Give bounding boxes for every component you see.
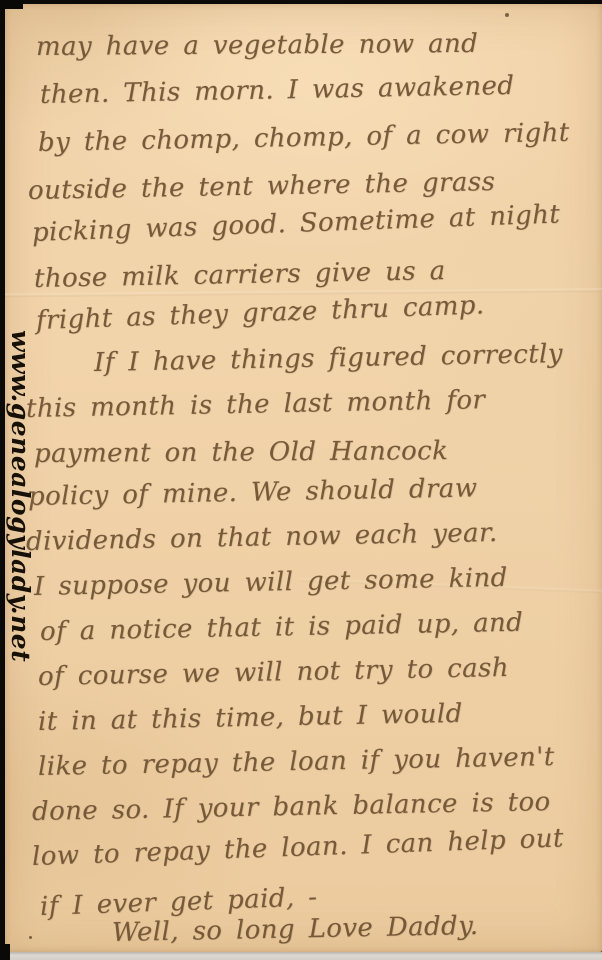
ink-speck xyxy=(505,13,509,17)
letter-scan: www.genealogylady.net may have a vegetab… xyxy=(0,0,602,960)
letter-line-1: may have a vegetable now and xyxy=(36,29,478,62)
scan-corner-notch-top-left xyxy=(0,0,23,9)
ink-speck xyxy=(29,936,32,939)
scanner-bed-strip xyxy=(0,952,602,960)
scan-corner-notch-bottom-left xyxy=(0,944,10,960)
letter-line-10: payment on the Old Hancock xyxy=(34,436,448,469)
